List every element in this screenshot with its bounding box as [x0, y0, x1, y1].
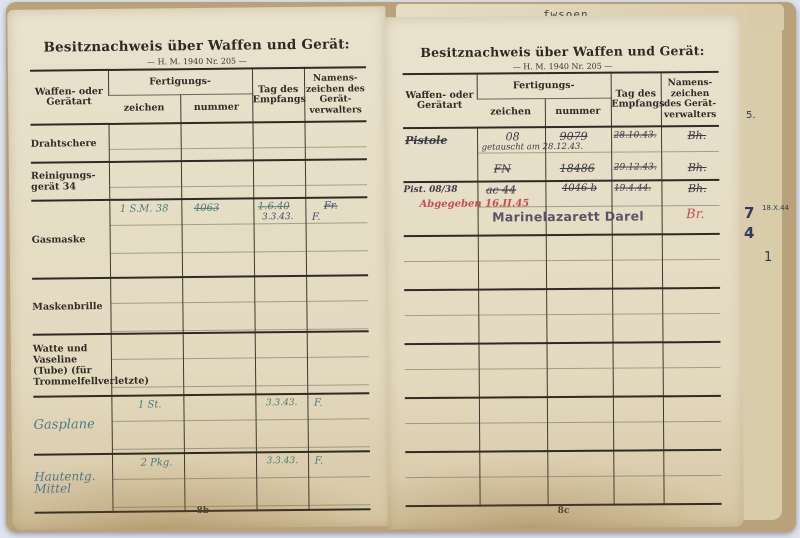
tag-cell [613, 396, 663, 450]
nummer-cell [546, 235, 612, 289]
nummer-cell: 4063 [181, 198, 254, 277]
verwalter-cell [663, 342, 721, 396]
handwritten-item: Pist. 08/38 [403, 185, 457, 196]
tag-cell: 19.4.44. [611, 180, 661, 234]
tag-cell: 28.10.43. 29.12.43. [611, 126, 661, 180]
verwalter-cell [306, 275, 369, 332]
verwalter-cell [305, 159, 367, 198]
table-row: Gasmaske 1 S.M. 38 4063 1.6.40 3.3.43. F… [31, 197, 368, 279]
tag-cell [613, 450, 663, 504]
item-label: Gasplane [33, 396, 112, 455]
handwritten-verwalter-2: Bh. [688, 161, 707, 174]
col-item-header: Waffen- oder Gerätart [403, 74, 477, 129]
edge-note: 7 [744, 204, 754, 222]
verwalter-cell [662, 234, 720, 288]
handwritten-item: Gasplane [34, 417, 95, 433]
nummer-cell: 9079 18486 [545, 127, 611, 181]
tag-cell: 3.3.43. [255, 394, 308, 453]
handwritten-tag: 3.3.43. [266, 456, 298, 466]
handwritten-zeichen: ac 44 [486, 183, 516, 196]
handwritten-tag: 19.4.44. [614, 183, 651, 193]
table-row: Hautentg. Mittel 2 Pkg. 3.3.43. F. [34, 451, 371, 513]
verwalter-cell: Fr. F. [305, 197, 368, 276]
handwritten-nummer: 4046 b [562, 183, 597, 194]
zeichen-cell: 2 Pkg. [112, 453, 185, 512]
zeichen-cell: 1 St. [111, 395, 184, 454]
edge-notes: 5. 7 4 18.X.44 1 [742, 100, 782, 300]
handwritten-item: Hautentg. Mittel [34, 469, 95, 496]
handwritten-nummer-2: 18486 [560, 162, 595, 175]
table-row: Pistole 08 getauscht am 28.12.43. FN 907… [403, 126, 719, 182]
table-row [404, 342, 720, 398]
nummer-cell [547, 397, 613, 451]
nummer-cell [181, 160, 253, 199]
verwalter-cell: Bh. Bh. [661, 126, 719, 180]
edge-note: 5. [746, 110, 756, 121]
table-row: Reinigungs- gerät 34 [31, 159, 367, 201]
tag-cell [253, 160, 305, 199]
item-label: Maskenbrille [32, 278, 111, 335]
nummer-cell [546, 289, 612, 343]
item-label: Watte und Vaseline (Tube) (für Trommelfe… [33, 334, 112, 397]
col-zeichen-header: zeichen [108, 95, 180, 124]
handwritten-zeichen: 1 St. [138, 399, 162, 410]
tag-cell [613, 342, 663, 396]
handwritten-nummer: 4063 [194, 203, 220, 214]
handwritten-tag: 28.10.43. [614, 130, 657, 140]
edge-note: 18.X.44 [762, 204, 774, 212]
item-label: Reinigungs- gerät 34 [31, 162, 109, 201]
verwalter-cell [307, 331, 370, 394]
nummer-cell [180, 122, 252, 161]
zeichen-cell [109, 161, 181, 200]
tag-cell [254, 276, 307, 333]
zeichen-cell: 1 S.M. 38 [109, 199, 182, 278]
col-tag-header: Tag des Empfangs [252, 68, 305, 123]
zeichen-cell [478, 289, 546, 343]
nummer-cell [546, 343, 612, 397]
item-cell [404, 290, 478, 345]
item-cell [404, 236, 478, 291]
item-label: Pistole [403, 128, 477, 183]
handwritten-red-initials: Br. [686, 207, 705, 222]
item-cell [405, 398, 479, 453]
page-number: 8c [558, 506, 570, 516]
zeichen-cell [110, 277, 183, 334]
tag-cell [612, 288, 662, 342]
handwritten-zeichen: 2 Pkg. [140, 457, 172, 468]
col-fertigung-header: Fertigungs- [108, 68, 252, 95]
verwalter-cell [662, 288, 720, 342]
right-page: Besitznachweis über Waffen und Gerät: — … [384, 15, 744, 529]
col-fertigung-header: Fertigungs- [477, 73, 611, 100]
table-row: Drahtschere [30, 121, 366, 163]
edge-note: 1 [764, 250, 772, 265]
table-row [405, 396, 721, 452]
zeichen-cell [111, 333, 184, 396]
verwalter-cell [304, 121, 366, 160]
item-label: Hautentg. Mittel [34, 454, 113, 513]
handwritten-tag-struck: 1.6.40 [258, 201, 290, 212]
verwalter-cell [663, 396, 721, 450]
item-cell [404, 344, 478, 399]
equipment-table: Waffen- oder Gerätart Fertigungs- Tag de… [30, 66, 371, 513]
equipment-table: Waffen- oder Gerätart Fertigungs- Tag de… [403, 71, 722, 507]
edge-note: 4 [744, 224, 754, 242]
zeichen-cell [478, 343, 546, 397]
col-verwalter-header: Namens- zeichen des Gerät- verwalters [304, 67, 367, 122]
left-page: Besitznachweis über Waffen und Gerät: — … [7, 6, 390, 530]
verwalter-cell: Bh. Br. [661, 180, 719, 234]
zeichen-cell [479, 451, 547, 505]
tag-cell [612, 234, 662, 288]
table-row: Maskenbrille [32, 275, 369, 335]
handwritten-tag: 3.3.43. [266, 398, 298, 408]
item-cell [405, 452, 479, 507]
nummer-cell [184, 452, 257, 511]
page-title: Besitznachweis über Waffen und Gerät: [384, 43, 740, 60]
verwalter-cell: F. [308, 451, 371, 510]
nummer-cell [183, 394, 256, 453]
handwritten-tag-2: 29.12.43. [614, 162, 657, 172]
zeichen-cell [478, 235, 546, 289]
nummer-cell [183, 332, 256, 395]
page-title: Besitznachweis über Waffen und Gerät: [8, 36, 386, 56]
handwritten-verwalter: F. [314, 456, 323, 467]
handwritten-zeichen: 1 S.M. 38 [120, 203, 169, 215]
col-zeichen-header: zeichen [477, 99, 545, 128]
item-label: Gasmaske [31, 200, 110, 279]
col-tag-header: Tag des Empfangs [611, 72, 661, 126]
col-nummer-header: nummer [180, 94, 252, 123]
handwritten-verwalter: Bh. [688, 182, 707, 195]
handwritten-verwalter: Bh. [688, 129, 707, 142]
verwalter-cell [663, 450, 721, 504]
nummer-cell: 4046 b [545, 181, 611, 235]
handwritten-verwalter: F. [314, 398, 323, 409]
col-nummer-header: nummer [545, 99, 611, 127]
table-row: Pist. 08/38 Abgegeben 16.II.45 ac 44 Mar… [403, 180, 719, 236]
tag-cell [252, 122, 304, 161]
item-label: Drahtschere [30, 124, 108, 163]
verwalter-cell: F. [307, 393, 370, 452]
table-row: Gasplane 1 St. 3.3.43. F. [33, 393, 370, 455]
handwritten-item: Pistole [405, 135, 447, 146]
table-row: Watte und Vaseline (Tube) (für Trommelfe… [33, 331, 370, 397]
zeichen-cell [108, 123, 180, 162]
tag-cell: 3.3.43. [256, 452, 309, 511]
tag-cell: 1.6.40 3.3.43. [253, 198, 306, 277]
nummer-cell [547, 451, 613, 505]
item-label: Pist. 08/38 Abgegeben 16.II.45 [403, 182, 477, 237]
zeichen-cell: 08 getauscht am 28.12.43. FN [477, 127, 545, 181]
handwritten-verwalter-struck: Fr. [324, 201, 338, 212]
handwritten-tag: 3.3.43. [262, 212, 294, 222]
zeichen-cell [479, 397, 547, 451]
tag-cell [255, 332, 308, 395]
table-row [405, 450, 721, 506]
table-row [404, 234, 720, 290]
handwritten-verwalter: F. [312, 212, 321, 223]
table-row [404, 288, 720, 344]
col-item-header: Waffen- oder Gerätart [30, 70, 109, 125]
page-corner [748, 4, 784, 30]
zeichen-cell: ac 44 Marinelazarett Darel [477, 181, 545, 235]
handwritten-nummer: 9079 [560, 130, 588, 143]
nummer-cell [182, 276, 255, 333]
handwritten-zeichen-2: FN [494, 162, 511, 175]
col-verwalter-header: Namens- zeichen des Gerät- verwalters [661, 72, 719, 126]
page-number: 8b [196, 506, 209, 516]
